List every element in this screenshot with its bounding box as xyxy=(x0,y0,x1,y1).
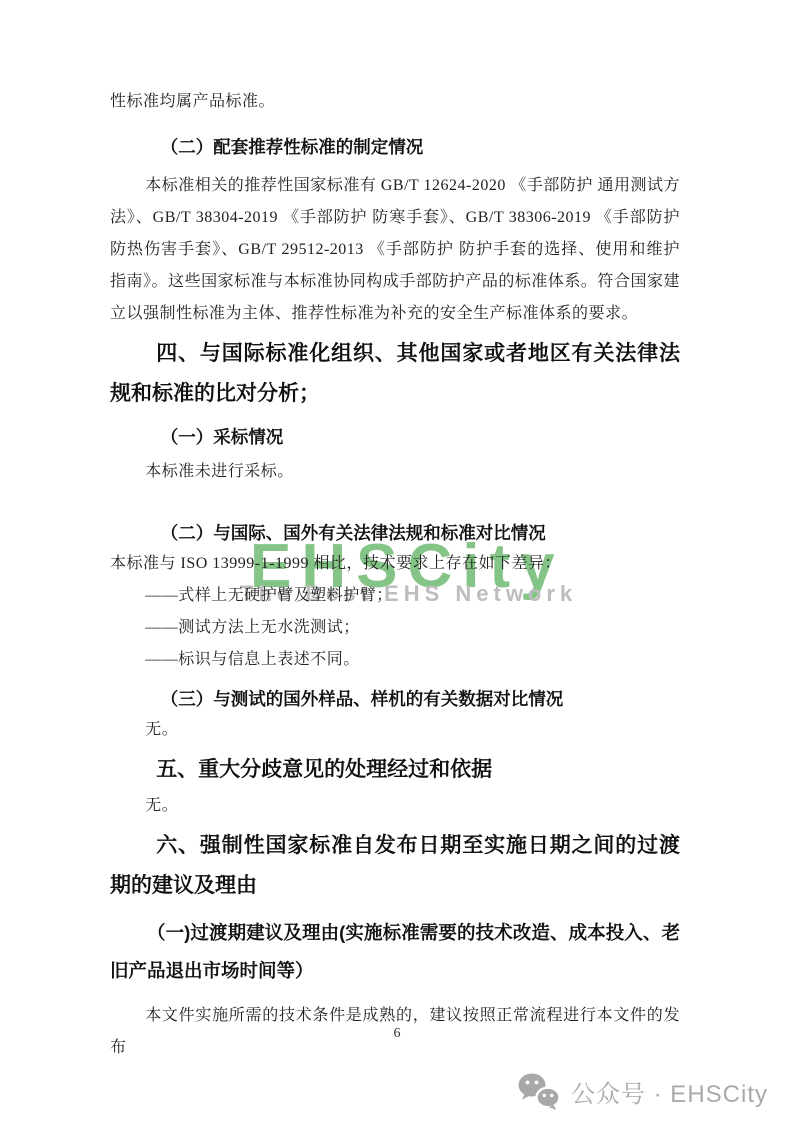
list-item-difference-2: ——测试方法上无水洗测试； xyxy=(110,612,680,644)
heading-section-4: 四、与国际标准化组织、其他国家或者地区有关法律法规和标准的比对分析； xyxy=(110,334,680,414)
heading-supporting-standards: （二）配套推荐性标准的制定情况 xyxy=(110,132,680,162)
paragraph-none-1: 无。 xyxy=(110,714,680,746)
heading-section-5: 五、重大分歧意见的处理经过和依据 xyxy=(110,750,680,790)
list-item-difference-3: ——标识与信息上表述不同。 xyxy=(110,644,680,676)
document-page: EHSCity The Best EHS Network 性标准均属产品标准。 … xyxy=(0,0,794,1123)
document-content: 性标准均属产品标准。 （二）配套推荐性标准的制定情况 本标准相关的推荐性国家标准… xyxy=(110,86,680,1064)
wechat-account-label: 公众号 · EHSCity xyxy=(571,1074,768,1109)
paragraph-adoption-status: 本标准未进行采标。 xyxy=(110,456,680,488)
heading-transition-suggestion: （一)过渡期建议及理由(实施标准需要的技术改造、成本投入、老旧产品退出市场时间等… xyxy=(110,914,680,990)
paragraph-none-2: 无。 xyxy=(110,790,680,822)
paragraph-iso-difference-intro: 本标准与 ISO 13999-1-1999 相比，技术要求上存在如下差异： xyxy=(110,548,680,580)
heading-adoption-status: （一）采标情况 xyxy=(110,422,680,452)
wechat-account-badge: 公众号 · EHSCity xyxy=(517,1072,768,1110)
heading-section-6: 六、强制性国家标准自发布日期至实施日期之间的过渡期的建议及理由 xyxy=(110,826,680,906)
paragraph-supporting-standards: 本标准相关的推荐性国家标准有 GB/T 12624-2020 《手部防护 通用测… xyxy=(110,170,680,330)
list-item-difference-1: ——式样上无硬护臂及塑料护臂； xyxy=(110,580,680,612)
wechat-icon xyxy=(517,1072,561,1110)
page-number: 6 xyxy=(0,1026,794,1042)
heading-intl-comparison: （二）与国际、国外有关法律法规和标准对比情况 xyxy=(110,518,680,548)
paragraph-continuation: 性标准均属产品标准。 xyxy=(110,86,680,118)
heading-foreign-sample-data: （三）与测试的国外样品、样机的有关数据对比情况 xyxy=(110,684,680,714)
